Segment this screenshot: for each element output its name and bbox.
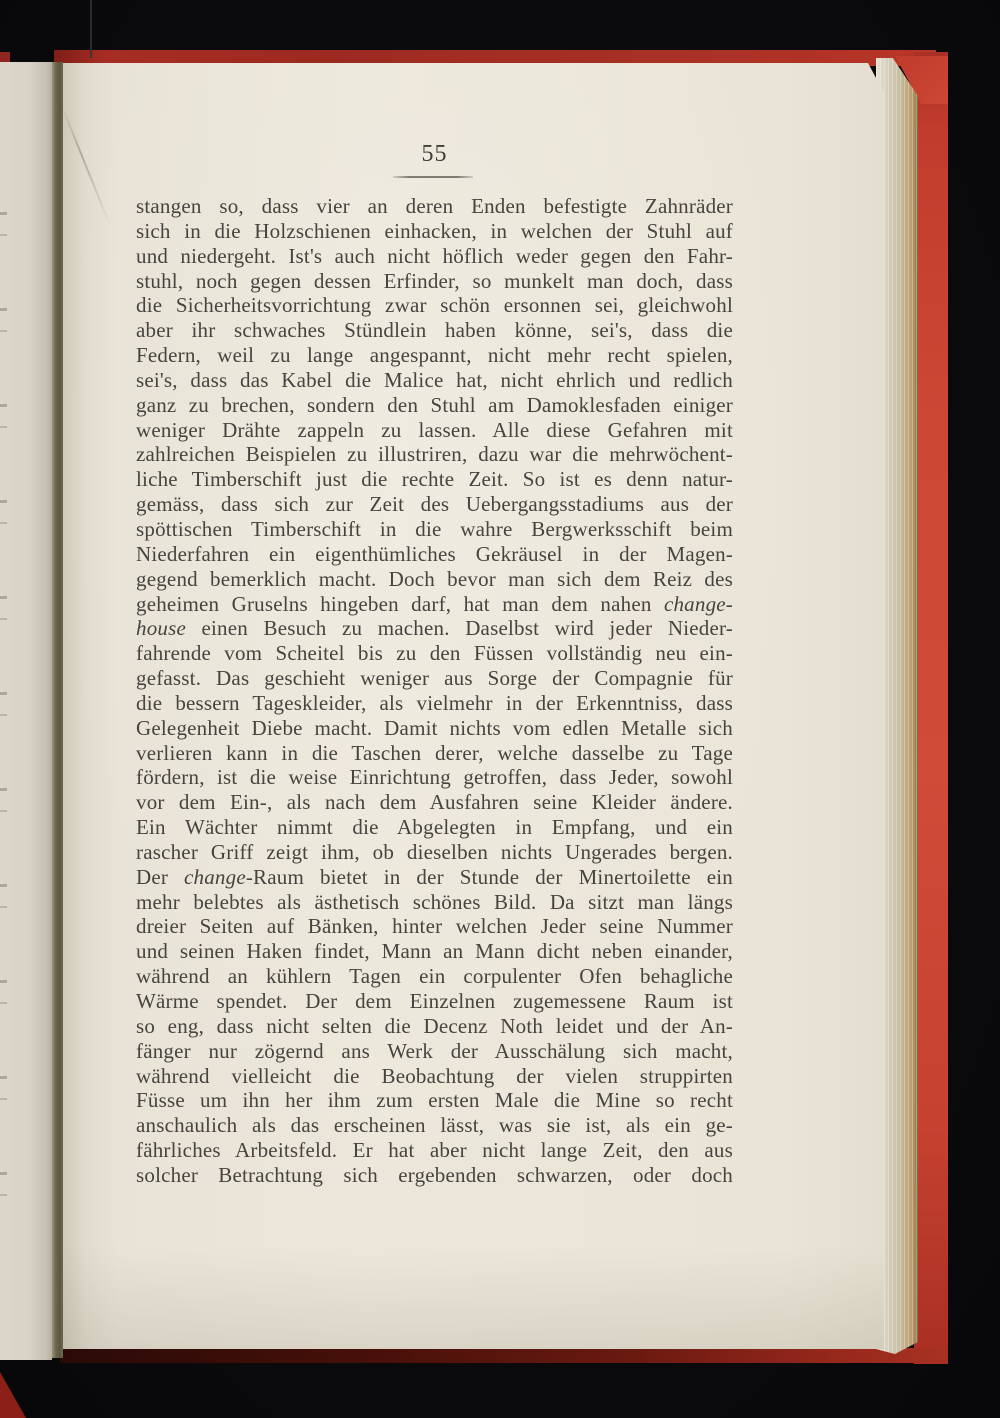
text-line: dreier Seiten auf Bänken, hinter welchen… bbox=[136, 914, 733, 939]
text-segment: weniger Drähte zappeln zu lassen. Alle d… bbox=[136, 418, 733, 442]
text-segment: Federn, weil zu lange angespannt, nicht … bbox=[136, 343, 733, 367]
text-line: mehr belebtes als ästhetisch schönes Bil… bbox=[136, 890, 733, 915]
text-line: fahrende vom Scheitel bis zu den Füssen … bbox=[136, 641, 733, 666]
text-segment: verlieren kann in die Taschen derer, wel… bbox=[136, 741, 733, 765]
text-line: Gelegenheit Diebe macht. Damit nichts vo… bbox=[136, 716, 733, 741]
text-segment: Der bbox=[136, 865, 184, 889]
text-segment: geheimen Gruselns hingeben darf, hat man… bbox=[136, 592, 664, 616]
text-segment: mehr belebtes als ästhetisch schönes Bil… bbox=[136, 890, 733, 914]
book-cover-bottom-edge bbox=[60, 1348, 948, 1363]
text-line: house einen Besuch zu machen. Daselbst w… bbox=[136, 616, 733, 641]
text-segment: solcher Betrachtung sich ergebenden schw… bbox=[136, 1163, 733, 1187]
text-line: gemäss, dass sich zur Zeit des Uebergang… bbox=[136, 492, 733, 517]
text-line: aber ihr schwaches Stündlein haben könne… bbox=[136, 318, 733, 343]
text-segment: Ein Wächter nimmt die Abgelegten in Empf… bbox=[136, 815, 733, 839]
text-block: stangen so, dass vier an deren Enden bef… bbox=[136, 194, 733, 1188]
text-segment: fahrende vom Scheitel bis zu den Füssen … bbox=[136, 641, 733, 665]
text-segment: stangen so, dass vier an deren Enden bef… bbox=[136, 194, 733, 218]
text-line: gegend bemerklich macht. Doch bevor man … bbox=[136, 567, 733, 592]
italic-text: change bbox=[184, 865, 246, 889]
text-line: zahlreichen Beispielen zu illustriren, d… bbox=[136, 442, 733, 467]
text-segment: rascher Griff zeigt ihm, ob dieselben ni… bbox=[136, 840, 733, 864]
text-line: und niedergeht. Ist's auch nicht höflich… bbox=[136, 244, 733, 269]
text-segment: anschaulich als das erscheinen lässt, wa… bbox=[136, 1113, 733, 1137]
book-gutter bbox=[52, 62, 63, 1358]
text-segment: dreier Seiten auf Bänken, hinter welchen… bbox=[136, 914, 733, 938]
text-line: sich in die Holzschienen einhacken, in w… bbox=[136, 219, 733, 244]
text-line: so eng, dass nicht selten die Decenz Not… bbox=[136, 1014, 733, 1039]
text-segment: liche Timberschift just die rechte Zeit.… bbox=[136, 467, 733, 491]
text-segment: sich in die Holzschienen einhacken, in w… bbox=[136, 219, 733, 243]
text-line: Ein Wächter nimmt die Abgelegten in Empf… bbox=[136, 815, 733, 840]
text-segment: fördern, ist die weise Einrichtung getro… bbox=[136, 765, 733, 789]
scanned-book-photo: 55 stangen so, dass vier an deren Enden … bbox=[0, 0, 1000, 1418]
italic-text: change- bbox=[664, 592, 733, 616]
text-line: Der change-Raum bietet in der Stunde der… bbox=[136, 865, 733, 890]
text-line: Wärme spendet. Der dem Einzelnen zugemes… bbox=[136, 989, 733, 1014]
facing-page-text-bleed bbox=[0, 182, 7, 1262]
text-segment: und niedergeht. Ist's auch nicht höflich… bbox=[136, 244, 733, 268]
text-segment: während vielleicht die Beobachtung der v… bbox=[136, 1064, 733, 1088]
text-segment: Wärme spendet. Der dem Einzelnen zugemes… bbox=[136, 989, 733, 1013]
text-line: Füsse um ihn her ihm zum ersten Male die… bbox=[136, 1088, 733, 1113]
page-number: 55 bbox=[136, 141, 733, 168]
text-segment: -Raum bietet in der Stunde der Minertoil… bbox=[246, 865, 733, 889]
text-segment: fährliches Arbeitsfeld. Er hat aber nich… bbox=[136, 1138, 733, 1162]
text-segment: die Sicherheitsvorrichtung zwar schön er… bbox=[136, 293, 733, 317]
text-segment: aber ihr schwaches Stündlein haben könne… bbox=[136, 318, 733, 342]
text-segment: Gelegenheit Diebe macht. Damit nichts vo… bbox=[136, 716, 733, 740]
text-segment: gegend bemerklich macht. Doch bevor man … bbox=[136, 567, 733, 591]
text-segment: zahlreichen Beispielen zu illustriren, d… bbox=[136, 442, 733, 466]
text-line: spöttischen Timberschift in die wahre Be… bbox=[136, 517, 733, 542]
text-line: stangen so, dass vier an deren Enden bef… bbox=[136, 194, 733, 219]
text-line: und seinen Haken findet, Mann an Mann di… bbox=[136, 939, 733, 964]
text-segment: Füsse um ihn her ihm zum ersten Male die… bbox=[136, 1088, 733, 1112]
text-line: die Sicherheitsvorrichtung zwar schön er… bbox=[136, 293, 733, 318]
text-line: liche Timberschift just die rechte Zeit.… bbox=[136, 467, 733, 492]
text-line: fährliches Arbeitsfeld. Er hat aber nich… bbox=[136, 1138, 733, 1163]
text-segment: ganz zu brechen, sondern den Stuhl am Da… bbox=[136, 393, 733, 417]
text-segment: so eng, dass nicht selten die Decenz Not… bbox=[136, 1014, 733, 1038]
text-line: vor dem Ein-, als nach dem Ausfahren sei… bbox=[136, 790, 733, 815]
text-segment: gemäss, dass sich zur Zeit des Uebergang… bbox=[136, 492, 733, 516]
page-number-rule bbox=[393, 176, 473, 178]
text-line: Federn, weil zu lange angespannt, nicht … bbox=[136, 343, 733, 368]
text-line: ganz zu brechen, sondern den Stuhl am Da… bbox=[136, 393, 733, 418]
spine-highlight bbox=[90, 0, 92, 58]
italic-text: house bbox=[136, 616, 186, 640]
text-line: Niederfahren ein eigenthümliches Gekräus… bbox=[136, 542, 733, 567]
text-line: anschaulich als das erscheinen lässt, wa… bbox=[136, 1113, 733, 1138]
text-segment: während an kühlern Tagen ein corpulenter… bbox=[136, 964, 733, 988]
text-segment: einen Besuch zu machen. Daselbst wird je… bbox=[186, 616, 733, 640]
facing-page-strip bbox=[0, 62, 52, 1360]
text-line: stuhl, noch gegen dessen Erfinder, so mu… bbox=[136, 269, 733, 294]
text-line: fänger nur zögernd ans Werk der Ausschäl… bbox=[136, 1039, 733, 1064]
text-segment: gefasst. Das geschieht weniger aus Sorge… bbox=[136, 666, 733, 690]
text-segment: spöttischen Timberschift in die wahre Be… bbox=[136, 517, 733, 541]
text-line: rascher Griff zeigt ihm, ob dieselben ni… bbox=[136, 840, 733, 865]
text-line: fördern, ist die weise Einrichtung getro… bbox=[136, 765, 733, 790]
book-page: 55 stangen so, dass vier an deren Enden … bbox=[63, 63, 884, 1349]
paper-crease bbox=[61, 105, 112, 226]
text-line: verlieren kann in die Taschen derer, wel… bbox=[136, 741, 733, 766]
text-line: weniger Drähte zappeln zu lassen. Alle d… bbox=[136, 418, 733, 443]
text-segment: vor dem Ein-, als nach dem Ausfahren sei… bbox=[136, 790, 733, 814]
text-line: solcher Betrachtung sich ergebenden schw… bbox=[136, 1163, 733, 1188]
text-segment: die bessern Tageskleider, als vielmehr i… bbox=[136, 691, 733, 715]
text-line: gefasst. Das geschieht weniger aus Sorge… bbox=[136, 666, 733, 691]
text-segment: fänger nur zögernd ans Werk der Ausschäl… bbox=[136, 1039, 733, 1063]
text-line: während vielleicht die Beobachtung der v… bbox=[136, 1064, 733, 1089]
text-segment: und seinen Haken findet, Mann an Mann di… bbox=[136, 939, 733, 963]
book-cover-bottom-left-wedge bbox=[0, 1372, 26, 1418]
text-line: sei's, dass das Kabel die Malice hat, ni… bbox=[136, 368, 733, 393]
text-line: während an kühlern Tagen ein corpulenter… bbox=[136, 964, 733, 989]
text-line: die bessern Tageskleider, als vielmehr i… bbox=[136, 691, 733, 716]
text-segment: Niederfahren ein eigenthümliches Gekräus… bbox=[136, 542, 733, 566]
text-segment: sei's, dass das Kabel die Malice hat, ni… bbox=[136, 368, 733, 392]
text-segment: stuhl, noch gegen dessen Erfinder, so mu… bbox=[136, 269, 733, 293]
text-line: geheimen Gruselns hingeben darf, hat man… bbox=[136, 592, 733, 617]
book-cover-right-edge bbox=[914, 52, 948, 1364]
